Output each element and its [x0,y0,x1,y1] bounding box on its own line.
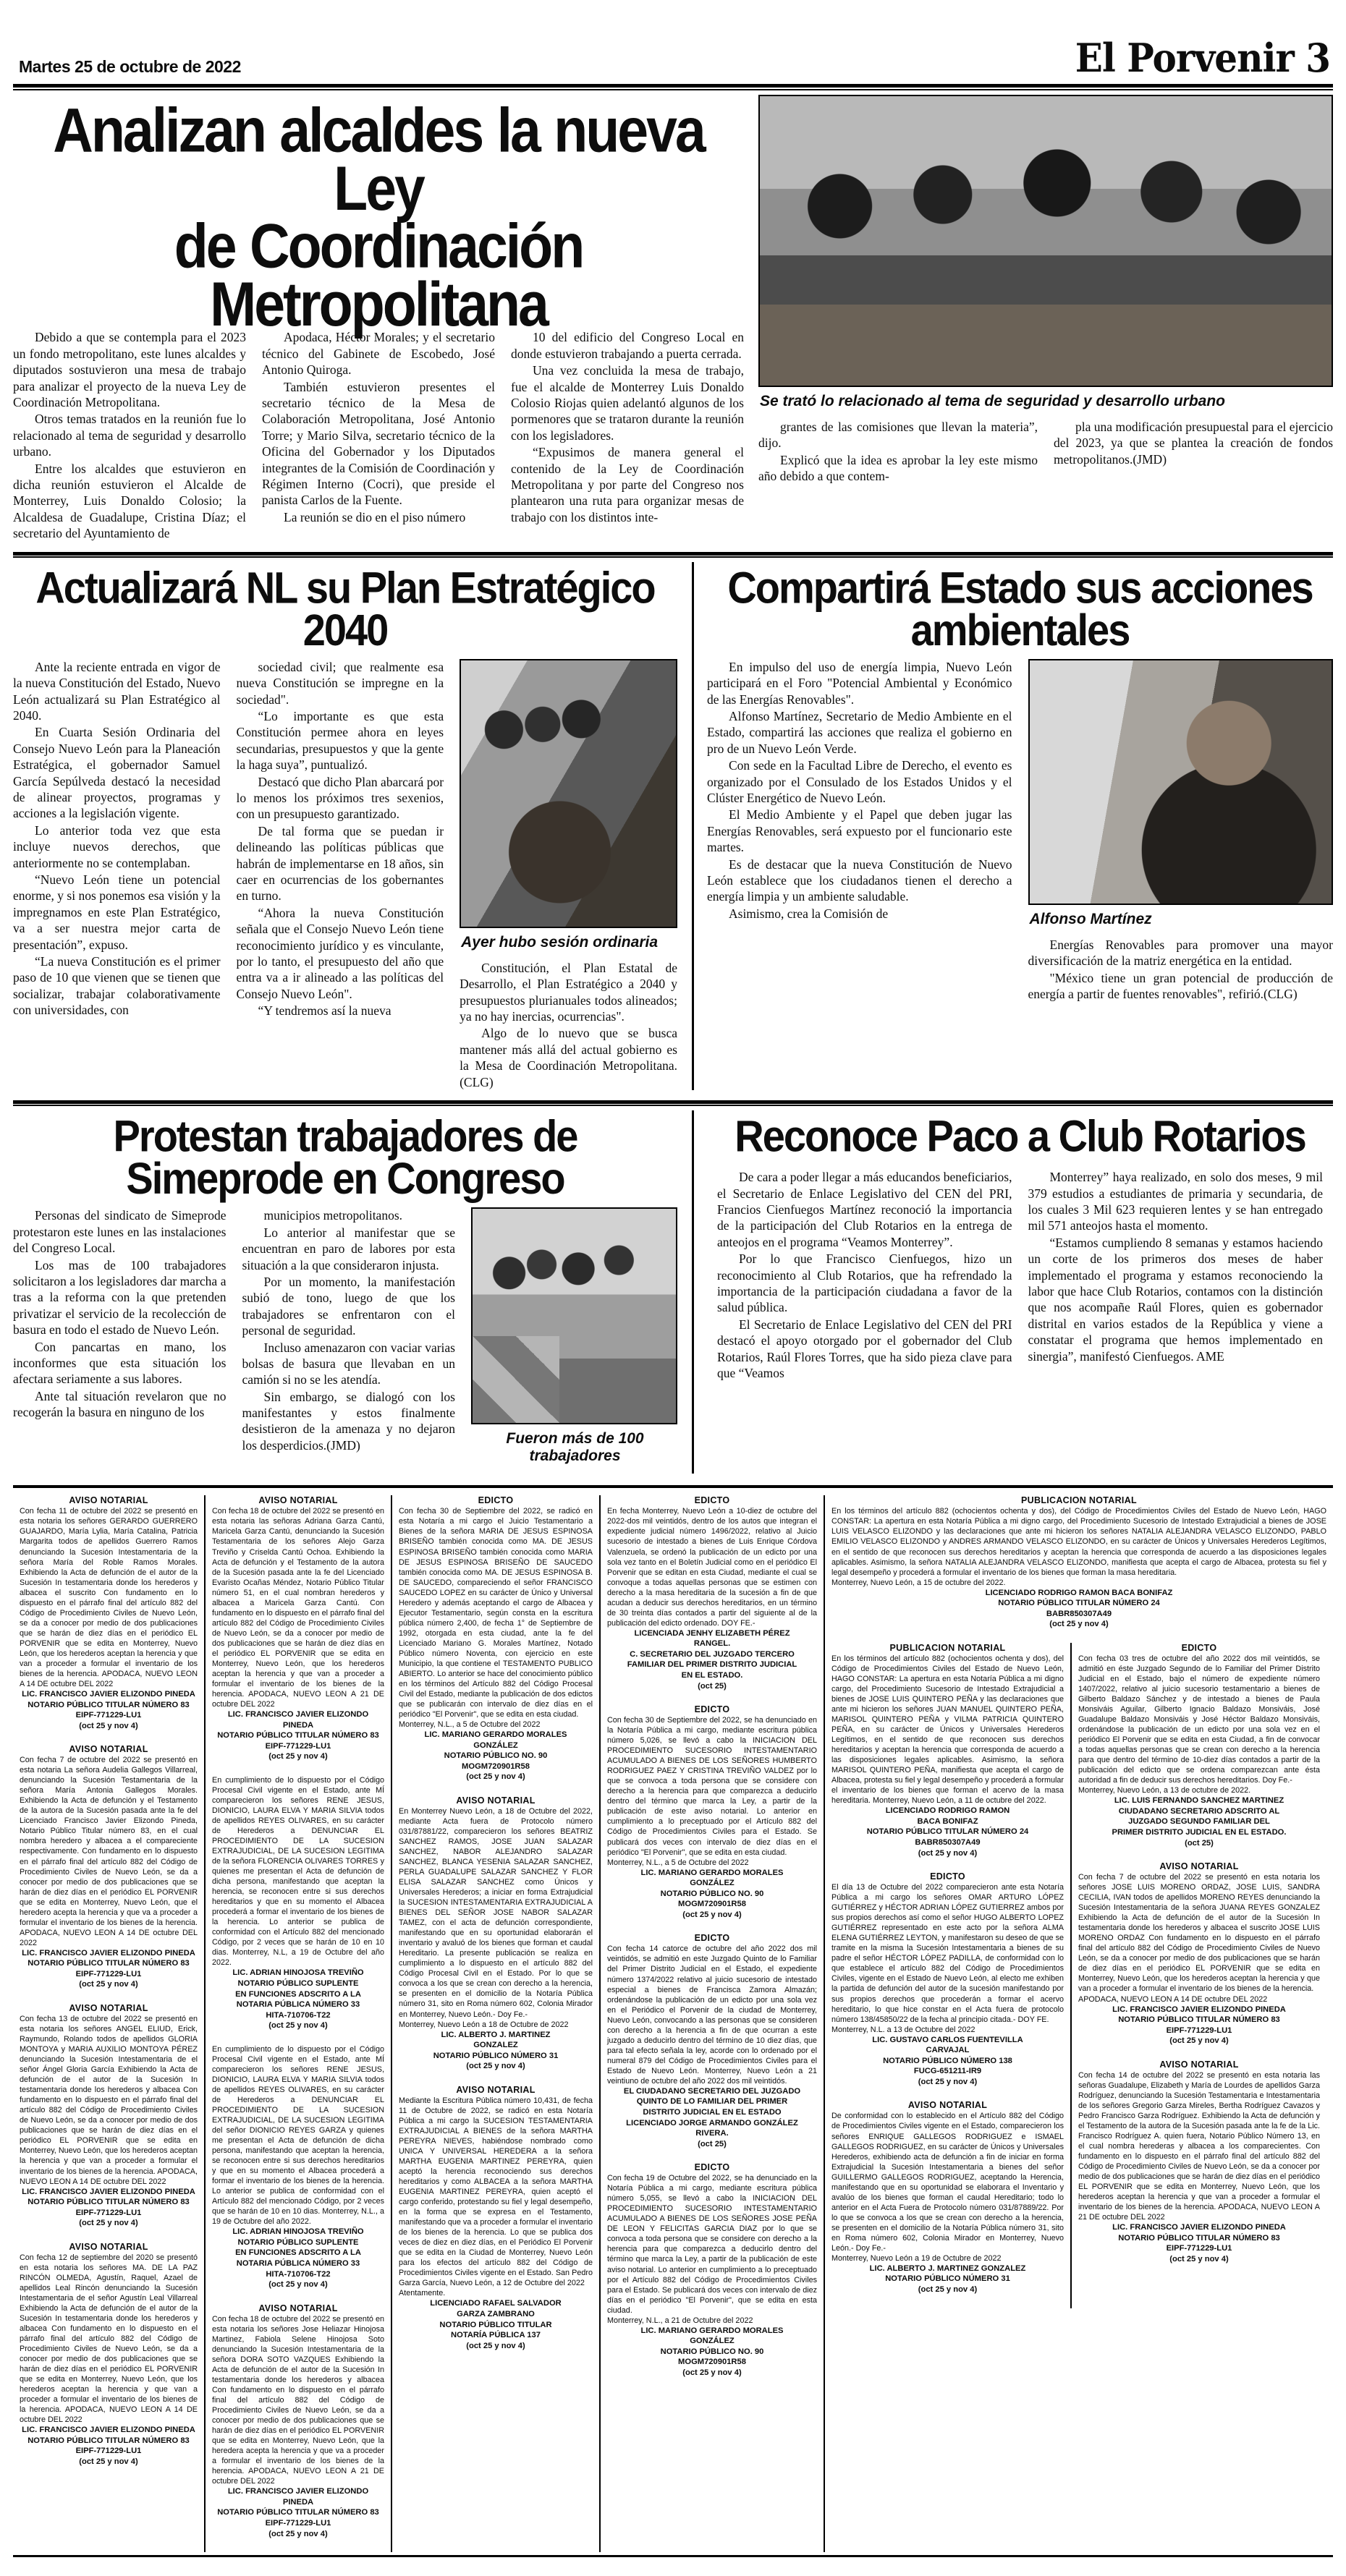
paragraph: Explicó que la idea es aprobar la ley es… [758,452,1038,485]
paragraph: Debido a que se contempla para el 2023 u… [13,329,246,410]
legal-notice-signature: NOTARIO PÚBLICO TITULAR [399,2320,593,2331]
legal-notice: AVISO NOTARIALCon fecha 11 de octubre de… [20,1495,198,1731]
legal-notice-signature: NOTARIO PÚBLICO TITULAR NÚMERO 83 [1078,2015,1320,2025]
legal-notice-text: Con fecha 18 de octubre del 2022 se pres… [212,2314,384,2487]
legal-notice-signature: NOTARIO PÚBLICO SUPLENTE [212,1978,384,1989]
legal-notice-title: EDICTO [607,1933,817,1943]
plan-column-3-text: Constitución, el Plan Estatal de Desarro… [460,960,677,1090]
legal-notice-signature: NOTARIA PÚBLICA NÚMERO 33 [212,1999,384,2010]
legal-notice-text: En cumplimiento de lo dispuesto por el C… [212,2044,384,2227]
legal-notice-signature: (oct 25 y nov 4) [399,1772,593,1782]
paragraph: Personas del sindicato de Simeprode prot… [13,1207,227,1256]
lead-column-2: Apodaca, Héctor Morales; y el secretario… [262,329,495,541]
paragraph: Destacó que dicho Plan abarcará por lo m… [237,774,444,822]
legal-notice-signature: FAMILIAR DEL PRIMER DISTRITO JUDICIAL [607,1659,817,1670]
legal-notice-text: Monterrey, Nuevo León, a 15 de octubre d… [831,1578,1326,1588]
simeprode-headline-line2: Simeprode en Congreso [126,1153,564,1203]
protest-photo [471,1207,677,1424]
paragraph: grantes de las comisiones que llevan la … [758,419,1038,451]
legal-notice-signature: LIC. FRANCISCO JAVIER ELIZONDO PINEDA [212,1709,384,1730]
legal-notice-text: Monterrey, Nuevo León a 19 de Octubre de… [831,2253,1064,2263]
legal-notice-text: El día 13 de Octubre del 2022 comparecie… [831,1882,1064,2024]
paragraph: municipios metropolitanos. [242,1207,456,1223]
legal-notice-text: Con fecha 19 de Octubre del 2022, se ha … [607,2173,817,2315]
legal-notice-signature: JUZGADO SEGUNDO FAMILIAR DEL [1078,1816,1320,1827]
lead-headline-line1: Analizan alcaldes la nueva Ley [53,95,704,224]
legal-notice-text: Con fecha 12 de septiembre del 2020 se p… [20,2253,198,2426]
ambient-column-2: Alfonso Martínez Energías Renovables par… [1028,659,1334,1003]
legal-notice-signature: DISTRITO JUDICIAL EN EL ESTADO [607,2107,817,2118]
legal-notice-signature: NOTARIO PÚBLICO TITULAR NÚMERO 24 [831,1598,1326,1609]
paragraph: Alfonso Martínez, Secretario de Medio Am… [707,708,1012,757]
legal-notice-text: Con fecha 30 de Septiembre del 2022, se … [399,1506,593,1720]
legal-notice-text: En los términos del artículo 882 (ochoci… [831,1506,1326,1577]
legal-notice-text: Con fecha 30 de Septiembre del 2022, se … [607,1715,817,1857]
paragraph: pla una modificación presupuestal para e… [1054,419,1333,467]
legal-notice-signature: NOTARÍA PÚBLICA 137 [399,2330,593,2341]
ambient-column-1: En impulso del uso de energía limpia, Nu… [707,659,1012,1003]
legal-notice-signature: RANGEL. [607,1638,817,1649]
legal-notice-signature: FUCG-651211-IR9 [831,2066,1064,2077]
legal-notice-signature: CIUDADANO SECRETARIO ADSCRITO AL [1078,1806,1320,1817]
legal-notice-signature: GARZA ZAMBRANO [399,2309,593,2320]
legal-notice-signature: LIC. LUIS FERNANDO SANCHEZ MARTINEZ [1078,1795,1320,1806]
legal-notice-signature: (oct 25 y nov 4) [1078,2036,1320,2046]
rotarios-article: Reconoce Paco a Club Rotarios De cara a … [692,1110,1333,1474]
legal-column-6: EDICTOCon fecha 03 tres de octubre del a… [1070,1643,1326,2308]
legal-column-3: EDICTOCon fecha 30 de Septiembre del 202… [391,1495,599,2552]
legal-notice-signature: LIC. ADRIAN HINOJOSA TREVIÑO [212,1968,384,1978]
paragraph: Por lo que Francisco Cienfuegos, hizo un… [717,1251,1012,1316]
legal-notice-signature: C. SECRETARIO DEL JUZGADO TERCERO [607,1649,817,1660]
legal-notice: AVISO NOTARIALDe conformidad con lo esta… [831,2100,1064,2295]
legal-notice-title: AVISO NOTARIAL [20,1495,198,1505]
paragraph: Incluso amenazaron con vaciar varias bol… [242,1340,456,1388]
paragraph: “Expusimos de manera general el contenid… [511,444,744,525]
paragraph: sociedad civil; que realmente esa nueva … [237,659,444,707]
legal-notice-text: Monterrey, Nuevo León, a 13 de octubre d… [1078,1785,1320,1795]
legal-notice: AVISO NOTARIALCon fecha 7 de octubre del… [20,1744,198,1990]
paragraph: “Nuevo León tiene un potencial enorme, y… [13,872,221,953]
legal-notice-signature: (oct 25 y nov 4) [399,2061,593,2072]
legal-notice-signature: LIC. ALBERTO J. MARTINEZ [399,2030,593,2041]
paragraph: De tal forma que se puedan ir delineando… [237,823,444,904]
legal-notice-signature: GONZALEZ [399,2040,593,2051]
plan-article: Actualizará NL su Plan Estratégico 2040 … [13,562,677,1091]
legal-notice-text: APODACA, NUEVO LEON A 14 DE octubre DEL … [1078,1994,1320,2005]
legal-notice-signature: NOTARIO PÚBLICO TITULAR NÚMERO 83 [20,1700,198,1711]
lead-continuation-2: pla una modificación presupuestal para e… [1054,419,1333,485]
legal-notice-signature: MOGM720901R58 [607,1899,817,1910]
legal-notice-title: EDICTO [831,1871,1064,1882]
legal-notice: EDICTOCon fecha 14 catorce de octubre de… [607,1933,817,2149]
simeprode-column-1: Personas del sindicato de Simeprode prot… [13,1207,227,1474]
legal-notice-signature: NOTARIO PÚBLICO TITULAR NÚMERO 83 [20,1958,198,1969]
legal-notice-signature: LIC. FRANCISCO JAVIER ELIZONDO PINEDA [20,1948,198,1959]
paragraph: Constitución, el Plan Estatal de Desarro… [460,960,677,1025]
paragraph: El Medio Ambiente y el Papel que deben j… [707,807,1012,855]
legal-notice-title: EDICTO [1078,1643,1320,1653]
section-rule [13,552,1333,558]
legal-notice: AVISO NOTARIALCon fecha 18 de octubre de… [212,2303,384,2539]
legal-notice: En cumplimiento de lo dispuesto por el C… [212,1775,384,2031]
protest-photo-caption: Fueron más de 100 trabajadores [473,1430,677,1465]
legal-notice: EDICTOCon fecha 19 de Octubre del 2022, … [607,2162,817,2378]
rotarios-column-1: De cara a poder llegar a más educandos b… [717,1169,1012,1381]
session-photo [460,659,677,928]
legal-notice-signature: GONZÁLEZ [607,1878,817,1889]
legal-notice-signature: LIC. FRANCISCO JAVIER ELIZONDO PINEDA [20,2425,198,2436]
portrait-photo-caption: Alfonso Martínez [1030,911,1334,928]
paragraph: Ante tal situación revelaron que no reco… [13,1388,227,1421]
legal-notice-signature: HITA-710706-T22 [212,2269,384,2280]
legal-notice-signature: NOTARIO PÚBLICO NÚMERO 138 [831,2056,1064,2067]
paragraph: “Estamos cumpliendo 8 semanas y estamos … [1028,1235,1324,1364]
legal-notice-title: PUBLICACION NOTARIAL [831,1643,1064,1653]
legal-notice-text: Monterrey, N.L., a 5 de Octubre del 2022 [399,1720,593,1730]
legal-notice-title: AVISO NOTARIAL [212,2303,384,2313]
legal-notice-signature: NOTARIO PÚBLICO TITULAR NÚMERO 83 [212,2507,384,2518]
legal-notice-signature: (oct 25 y nov 4) [212,2279,384,2290]
legal-notice-signature: (oct 25 y nov 4) [20,1721,198,1732]
legal-notice-signature: (oct 25 y nov 4) [20,2457,198,2467]
legal-notice-text: Con fecha 7 de octubre del 2022 se prese… [1078,1872,1320,1994]
paragraph: Algo de lo nuevo que se busca mantener m… [460,1025,677,1090]
legal-notice-signature: (oct 25 y nov 4) [831,1619,1326,1630]
paragraph: En impulso del uso de energía limpia, Nu… [707,659,1012,707]
header-rule [13,84,1333,90]
legal-notice-text: Monterrey, Nuevo León a 18 de Octubre de… [399,2020,593,2030]
legal-notice-signature: NOTARIO PÚBLICO NO. 90 [607,2347,817,2358]
legal-notice-title: AVISO NOTARIAL [399,1795,593,1806]
legal-notice-signature: EIPF-771229-LU1 [1078,2243,1320,2254]
paragraph: Sin embargo, se dialogó con los manifest… [242,1389,456,1454]
legal-notice: AVISO NOTARIALMediante la Escritura Públ… [399,2085,593,2351]
legal-notice-text: En Monterrey Nuevo León, a 18 de Octubre… [399,1806,593,2020]
lead-photo-caption: Se trató lo relacionado al tema de segur… [760,393,1333,410]
legal-notice-signature: LIC. MARIANO GERARDO MORALES [607,2326,817,2337]
legal-notice-signature: MOGM720901R58 [607,2357,817,2368]
legal-notice-text: Con fecha 03 tres de octubre del año 202… [1078,1654,1320,1785]
ambient-headline: Compartirá Estado sus acciones ambiental… [707,566,1333,651]
legal-notice-title: EDICTO [607,1704,817,1714]
legal-notice-text: De conformidad con lo establecido en el … [831,2111,1064,2253]
legal-column-4: EDICTOEn fecha Monterrey, Nuevo León a 1… [599,1495,824,2552]
legal-notice-signature: (oct 25 y nov 4) [607,2368,817,2379]
legal-notice-signature: LIC. MARIANO GERARDO MORALES [607,1868,817,1879]
rotarios-column-2: Monterrey” haya realizado, en solo dos m… [1028,1169,1324,1381]
legal-notice-text: Con fecha 14 de octubre del 2022 se pres… [1078,2070,1320,2222]
legal-notice-title: EDICTO [607,2162,817,2172]
legal-notice-signature: LIC. ALBERTO J. MARTINEZ GONZALEZ [831,2263,1064,2274]
legal-notice-text: Con fecha 18 de octubre del 2022 se pres… [212,1506,384,1709]
legal-notice-title: PUBLICACION NOTARIAL [831,1495,1326,1505]
legal-notice-signature: NOTARIA PÚBLICA NÚMERO 33 [212,2258,384,2269]
legal-notice-signature: (oct 25) [607,1681,817,1692]
legal-notice-signature: BABR850307A49 [831,1609,1326,1620]
legal-notice-signature: CARVAJAL [831,2045,1064,2056]
plan-column-3: Ayer hubo sesión ordinaria Constitución,… [460,659,677,1090]
paragraph: Otros temas tratados en la reunión fue l… [13,411,246,459]
legal-notice-signature: EIPF-771229-LU1 [20,2446,198,2457]
simeprode-photo-block: Fueron más de 100 trabajadores [471,1207,677,1474]
paragraph: Entre los alcaldes que estuvieron en dic… [13,461,246,542]
legal-notice-signature: RIVERA. [607,2128,817,2139]
legal-column-2: AVISO NOTARIALCon fecha 18 de octubre de… [204,1495,391,2552]
lead-headline: Analizan alcaldes la nueva Ley de Coordi… [13,102,744,334]
legal-notice-title: AVISO NOTARIAL [831,2100,1064,2110]
legal-notice-signature: (oct 25 y nov 4) [20,1979,198,1990]
legal-notice-text: En cumplimiento de lo dispuesto por el C… [212,1775,384,1968]
paragraph: El Secretario de Enlace Legislativo del … [717,1317,1012,1382]
paragraph: Lo anterior al manifestar que se encuent… [242,1225,456,1273]
legal-notice-signature: (oct 25 y nov 4) [212,2020,384,2031]
legal-notice-signature: LICENCIADA JENHY ELIZABETH PÉREZ [607,1628,817,1639]
plan-column-2: sociedad civil; que realmente esa nueva … [237,659,444,1090]
legal-notice-signature: (oct 25 y nov 4) [212,1751,384,1762]
meeting-photo [758,95,1333,387]
legal-notice-signature: LIC. FRANCISCO JAVIER ELIZONDO PINEDA [1078,2005,1320,2015]
paragraph: Los mas de 100 trabajadores solicitaron … [13,1257,227,1338]
legal-notice-signature: EL CIUDADANO SECRETARIO DEL JUZGADO [607,2086,817,2097]
legal-notice-signature: BACA BONIFAZ [831,1816,1064,1827]
legal-notice-text: En fecha Monterrey, Nuevo León a 10-diez… [607,1506,817,1628]
legal-notice-text: Atentamente. [399,2288,593,2298]
legal-notice-signature: LIC. FRANCISCO JAVIER ELIZONDO PINEDA [20,1689,198,1700]
legal-notice-signature: EN FUNCIONES ADSCRITO A LA [212,1989,384,2000]
paragraph: “Ahora la nueva Constitución señala que … [237,905,444,1002]
legal-notice-title: EDICTO [607,1495,817,1505]
legal-notice-signature: LICENCIADO RAFAEL SALVADOR [399,2298,593,2309]
legal-notice-signature: LICENCIADO JORGE ARMANDO GONZÁLEZ [607,2118,817,2129]
paragraph: Con pancartas en mano, los inconformes q… [13,1339,227,1387]
bottom-rule [13,2555,1333,2557]
legal-notice-title: AVISO NOTARIAL [212,1495,384,1505]
legal-notice-signature: NOTARIO PÚBLICO NO. 90 [399,1751,593,1761]
legal-notice-signature: LIC. GUSTAVO CARLOS FUENTEVILLA [831,2035,1064,2046]
lead-article: Analizan alcaldes la nueva Ley de Coordi… [13,95,1333,542]
ambient-article: Compartirá Estado sus acciones ambiental… [692,562,1333,1091]
legal-notice-title: AVISO NOTARIAL [1078,2059,1320,2070]
legal-notice-signature: (oct 25) [607,2139,817,2150]
lead-column-1: Debido a que se contempla para el 2023 u… [13,329,246,541]
legal-notice-signature: (oct 25 y nov 4) [212,2529,384,2540]
legal-notice-title: AVISO NOTARIAL [399,2085,593,2095]
portrait-photo [1028,659,1334,905]
simeprode-column-2: municipios metropolitanos.Lo anterior al… [242,1207,456,1474]
legal-notice: AVISO NOTARIALCon fecha 7 de octubre del… [1078,1861,1320,2046]
legal-notice: AVISO NOTARIALCon fecha 18 de octubre de… [212,1495,384,1761]
legal-notice-text: En los términos del artículo 882 (ochoci… [831,1654,1064,1806]
simeprode-article: Protestan trabajadores de Simeprode en C… [13,1110,677,1474]
lead-headline-line2: de Coordinación Metropolitana [174,211,583,339]
legal-notice: EDICTOCon fecha 30 de Septiembre del 202… [399,1495,593,1782]
legal-notice-signature: EIPF-771229-LU1 [20,1710,198,1721]
legal-notice: EDICTOCon fecha 03 tres de octubre del a… [1078,1643,1320,1848]
legal-notice-title: AVISO NOTARIAL [1078,1861,1320,1871]
page-header: Martes 25 de octubre de 2022 El Porvenir… [13,10,1333,80]
ambient-column-2-text: Energías Renovables para promover una ma… [1028,937,1334,1003]
paragraph: Energías Renovables para promover una ma… [1028,937,1334,969]
paragraph: "México tiene un gran potencial de produ… [1028,970,1334,1003]
legal-notice-text: Mediante la Escritura Pública número 10,… [399,2096,593,2289]
legal-notice-signature: MOGM720901R58 [399,1761,593,1772]
legal-notice-text: Monterrey, N.L., a 21 de Octubre del 202… [607,2316,817,2326]
legal-notice-signature: EIPF-771229-LU1 [1078,2025,1320,2036]
newspaper-page: Martes 25 de octubre de 2022 El Porvenir… [0,0,1346,2576]
paragraph: Monterrey” haya realizado, en solo dos m… [1028,1169,1324,1234]
legal-notice-signature: EIPF-771229-LU1 [20,1969,198,1980]
lead-continuation-1: grantes de las comisiones que llevan la … [758,419,1038,485]
legal-notice-title: AVISO NOTARIAL [20,2003,198,2013]
legal-notice-signature: NOTARIO PÚBLICO NÚMERO 31 [831,2274,1064,2284]
paragraph: “Y tendremos así la nueva [237,1003,444,1019]
paragraph: Asimismo, crea la Comisión de [707,906,1012,922]
legal-notice: EDICTOEn fecha Monterrey, Nuevo León a 1… [607,1495,817,1691]
legal-notice-signature: (oct 25 y nov 4) [399,2341,593,2352]
legal-notice-signature: LICENCIADO RODRIGO RAMON [831,1806,1064,1816]
legal-notice: En cumplimiento de lo dispuesto por el C… [212,2044,384,2290]
legal-column-1: AVISO NOTARIALCon fecha 11 de octubre de… [13,1495,204,2552]
legal-notice: PUBLICACION NOTARIALEn los términos del … [831,1643,1064,1858]
legal-merged-notice: PUBLICACION NOTARIALEn los términos del … [831,1495,1326,1630]
legal-notice-signature: (oct 25 y nov 4) [607,1910,817,1921]
simeprode-headline: Protestan trabajadores de Simeprode en C… [13,1115,677,1199]
legal-notice: AVISO NOTARIALCon fecha 12 de septiembre… [20,2242,198,2467]
paragraph: La reunión se dio en el piso número [262,509,495,525]
legal-notice-signature: HITA-710706-T22 [212,2010,384,2021]
legal-notice-signature: (oct 25 y nov 4) [1078,2254,1320,2265]
legal-notice: AVISO NOTARIALCon fecha 13 de octubre de… [20,2003,198,2229]
legal-notice-signature: EIPF-771229-LU1 [212,1741,384,1752]
legal-notice-signature: LIC. FRANCISCO JAVIER ELIZONDO PINEDA [1078,2222,1320,2233]
legal-notice-signature: GONZÁLEZ [607,2336,817,2347]
paragraph: Ante la reciente entrada en vigor de la … [13,659,221,724]
legal-notice-signature: EIPF-771229-LU1 [212,2518,384,2529]
legal-notice-text: Monterrey, N.L. a 13 de Octubre del 2022 [831,2025,1064,2035]
legal-notice-signature: BABR850307A49 [831,1837,1064,1848]
legal-notice: AVISO NOTARIALEn Monterrey Nuevo León, a… [399,1795,593,2072]
legal-notice-signature: LIC. ADRIAN HINOJOSA TREVIÑO [212,2227,384,2237]
legal-notice-signature: LIC. MARIANO GERARDO MORALES [399,1730,593,1740]
paragraph: Con sede en la Facultad Libre de Derecho… [707,757,1012,806]
legal-column-5: PUBLICACION NOTARIALEn los términos del … [831,1643,1070,2308]
legal-notice-signature: EN FUNCIONES ADSCRITO A LA [212,2248,384,2258]
legal-notice-signature: PRIMER DISTRITO JUDICIAL EN EL ESTADO. [1078,1827,1320,1838]
legal-notice-signature: LICENCIADO RODRIGO RAMON BACA BONIFAZ [831,1588,1326,1599]
plan-column-1: Ante la reciente entrada en vigor de la … [13,659,221,1090]
legal-notice-signature: QUINTO DE LO FAMILIAR DEL PRIMER [607,2096,817,2107]
legal-notice-title: AVISO NOTARIAL [20,2242,198,2252]
legal-notice: PUBLICACION NOTARIALEn los términos del … [831,1495,1326,1630]
section-rule-2 [13,1100,1333,1106]
legal-notice-signature: NOTARIO PÚBLICO NO. 90 [607,1889,817,1900]
paragraph: Una vez concluida la mesa de trabajo, fu… [511,362,744,443]
legal-notice-signature: (oct 25 y nov 4) [831,2284,1064,2295]
legal-notice-signature: (oct 25 y nov 4) [20,2218,198,2229]
masthead-title: El Porvenir 3 [1075,35,1330,81]
legal-notice-signature: NOTARIO PÚBLICO TITULAR NÚMERO 24 [831,1827,1064,1837]
legal-notice-signature: LIC. FRANCISCO JAVIER ELIZONDO PINEDA [212,2486,384,2507]
legal-notice: AVISO NOTARIALCon fecha 14 de octubre de… [1078,2059,1320,2265]
legal-notice-title: EDICTO [399,1495,593,1505]
legal-notice-text: Con fecha 7 de octubre del 2022 se prese… [20,1755,198,1948]
paragraph: En Cuarta Sesión Ordinaria del Consejo N… [13,724,221,821]
legal-notice-text: Monterrey, N.L., a 5 de Octubre del 2022 [607,1858,817,1868]
legal-notice-signature: (oct 25) [1078,1838,1320,1849]
legal-notice-signature: EN EL ESTADO. [607,1670,817,1681]
paragraph: Es de destacar que la nueva Constitución… [707,856,1012,905]
rotarios-headline: Reconoce Paco a Club Rotarios [707,1115,1333,1157]
legal-notice-signature: NOTARIO PÚBLICO TITULAR NÚMERO 83 [1078,2233,1320,2244]
legal-notice-signature: NOTARIO PÚBLICO TITULAR NÚMERO 83 [212,1730,384,1741]
paragraph: También estuvieron presentes el secretar… [262,379,495,509]
paragraph: Por un momento, la manifestación subió d… [242,1274,456,1339]
paragraph: Lo anterior toda vez que esta incluye nu… [13,822,221,871]
legal-notice-signature: NOTARIO PÚBLICO NÚMERO 31 [399,2051,593,2062]
legal-notice-signature: LIC. FRANCISCO JAVIER ELIZONDO PINEDA [20,2187,198,2198]
lead-column-3: 10 del edificio del Congreso Local en do… [511,329,744,541]
paragraph: “La nueva Constitución es el primer paso… [13,953,221,1019]
legal-notice-signature: GONZÁLEZ [399,1740,593,1751]
legal-columns-5-6: PUBLICACION NOTARIALEn los términos del … [824,1495,1333,2552]
legal-notice-signature: NOTARIO PÚBLICO TITULAR NÚMERO 83 [20,2197,198,2208]
legal-notice: EDICTOEl día 13 de Octubre del 2022 comp… [831,1871,1064,2087]
plan-headline: Actualizará NL su Plan Estratégico 2040 [13,566,677,651]
legal-notice-signature: (oct 25 y nov 4) [831,2077,1064,2088]
paragraph: “Lo importante es que esta Constitución … [237,708,444,773]
legal-notice-signature: NOTARIO PÚBLICO SUPLENTE [212,2237,384,2248]
session-photo-caption: Ayer hubo sesión ordinaria [461,934,677,951]
legal-notice-signature: NOTARIO PÚBLICO TITULAR NÚMERO 83 [20,2436,198,2447]
legal-notice-signature: (oct 25 y nov 4) [831,1848,1064,1859]
legal-notice: EDICTOCon fecha 30 de Septiembre del 202… [607,1704,817,1920]
page-date: Martes 25 de octubre de 2022 [19,57,241,77]
legal-notice-title: AVISO NOTARIAL [20,1744,198,1754]
paragraph: De cara a poder llegar a más educandos b… [717,1169,1012,1250]
legal-notice-text: Con fecha 13 de octubre del 2022 se pres… [20,2014,198,2187]
legal-notice-text: Con fecha 14 catorce de octubre del año … [607,1944,817,2086]
legal-notice-signature: EIPF-771229-LU1 [20,2208,198,2219]
legal-notice-text: Con fecha 11 de octubre del 2022 se pres… [20,1506,198,1689]
